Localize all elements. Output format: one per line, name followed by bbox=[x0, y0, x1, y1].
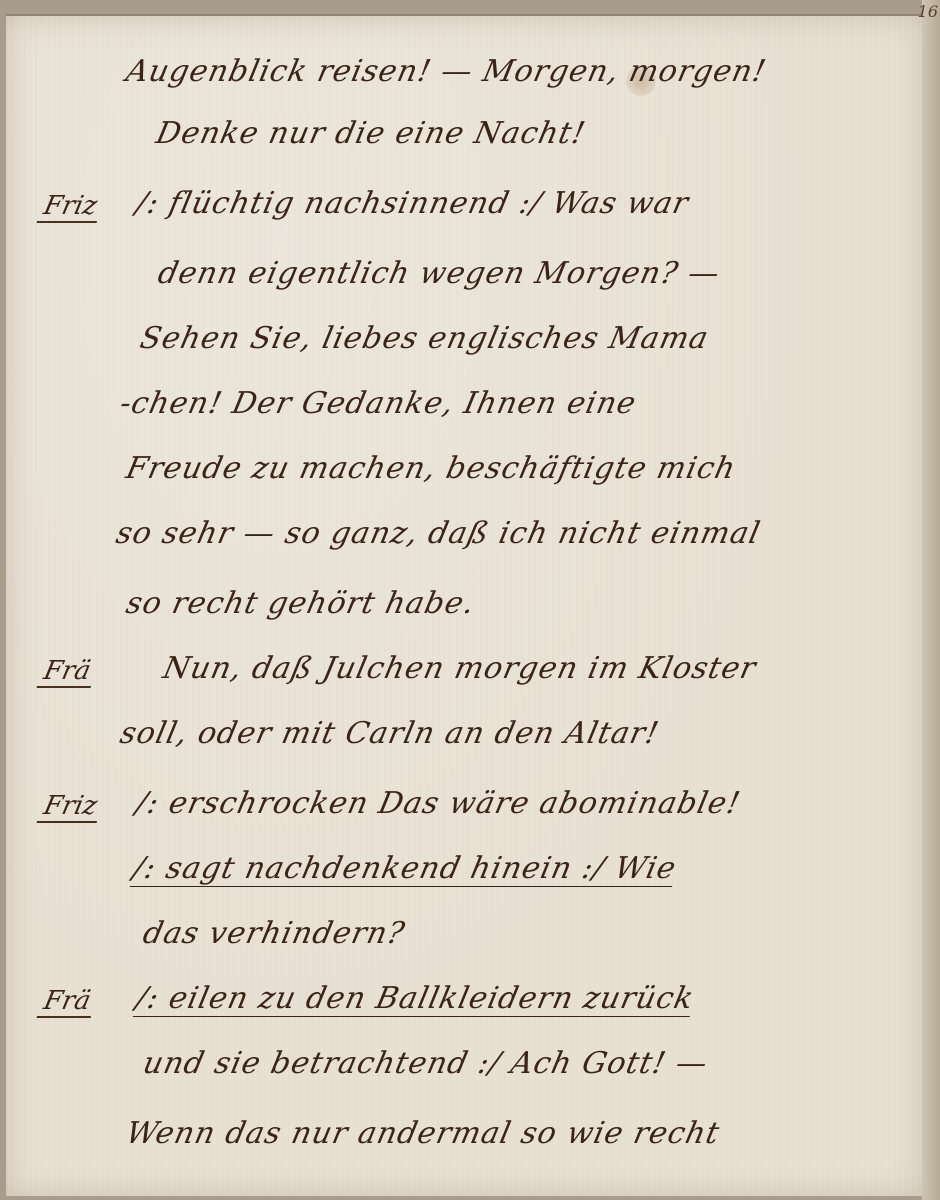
line-text: Nun, daß Julchen morgen im Kloster bbox=[160, 651, 760, 686]
line-text: Wenn das nur andermal so wie recht bbox=[123, 1116, 723, 1151]
manuscript-line: /: erschrocken Das wäre abominable! bbox=[0, 786, 928, 846]
line-text: so sehr — so ganz, daß ich nicht einmal bbox=[113, 516, 764, 551]
line-text: /: erschrocken Das wäre abominable! bbox=[133, 786, 744, 821]
line-text: so recht gehört habe. bbox=[123, 586, 478, 621]
adjacent-page-edge bbox=[922, 0, 940, 1200]
line-text: soll, oder mit Carln an den Altar! bbox=[117, 716, 662, 751]
manuscript-line: Wenn das nur andermal so wie recht bbox=[0, 1116, 928, 1176]
line-text: denn eigentlich wegen Morgen? — bbox=[155, 256, 723, 291]
line-text: /: sagt nachdenkend hinein :/ Wie bbox=[130, 851, 680, 886]
manuscript-line: Sehen Sie, liebes englisches Mama bbox=[0, 321, 928, 381]
manuscript-line: und sie betrachtend :/ Ach Gott! — bbox=[0, 1046, 928, 1106]
manuscript-line: das verhindern? bbox=[0, 916, 928, 976]
manuscript-line: so sehr — so ganz, daß ich nicht einmal bbox=[0, 516, 928, 576]
line-text: Freude zu machen, beschäftigte mich bbox=[123, 451, 739, 486]
manuscript-line: -chen! Der Gedanke, Ihnen eine bbox=[0, 386, 928, 446]
line-text: /: flüchtig nachsinnend :/ Was war bbox=[133, 186, 692, 221]
manuscript-line: denn eigentlich wegen Morgen? — bbox=[0, 256, 928, 316]
line-text: und sie betrachtend :/ Ach Gott! — bbox=[140, 1046, 711, 1081]
manuscript-line: /: sagt nachdenkend hinein :/ Wie bbox=[0, 851, 928, 911]
manuscript-line: Denke nur die eine Nacht! bbox=[0, 116, 928, 176]
line-text: -chen! Der Gedanke, Ihnen eine bbox=[117, 386, 640, 421]
manuscript-line: so recht gehört habe. bbox=[0, 586, 928, 646]
line-text: /: eilen zu den Ballkleidern zurück bbox=[133, 981, 697, 1016]
manuscript-page: Augenblick reisen! — Morgen, morgen! Den… bbox=[6, 14, 922, 1196]
manuscript-line: /: eilen zu den Ballkleidern zurück bbox=[0, 981, 928, 1041]
page-number: 16 bbox=[918, 2, 938, 21]
line-text: Augenblick reisen! — Morgen, morgen! bbox=[123, 54, 770, 89]
manuscript-line: /: flüchtig nachsinnend :/ Was war bbox=[0, 186, 928, 246]
manuscript-line: soll, oder mit Carln an den Altar! bbox=[0, 716, 928, 776]
line-text: das verhindern? bbox=[140, 916, 408, 951]
manuscript-scan: Augenblick reisen! — Morgen, morgen! Den… bbox=[0, 0, 940, 1200]
line-text: Sehen Sie, liebes englisches Mama bbox=[137, 321, 712, 356]
manuscript-line: Freude zu machen, beschäftigte mich bbox=[0, 451, 928, 511]
manuscript-line: Nun, daß Julchen morgen im Kloster bbox=[0, 651, 928, 711]
line-text: Denke nur die eine Nacht! bbox=[153, 116, 589, 151]
manuscript-line: Augenblick reisen! — Morgen, morgen! bbox=[0, 54, 928, 114]
